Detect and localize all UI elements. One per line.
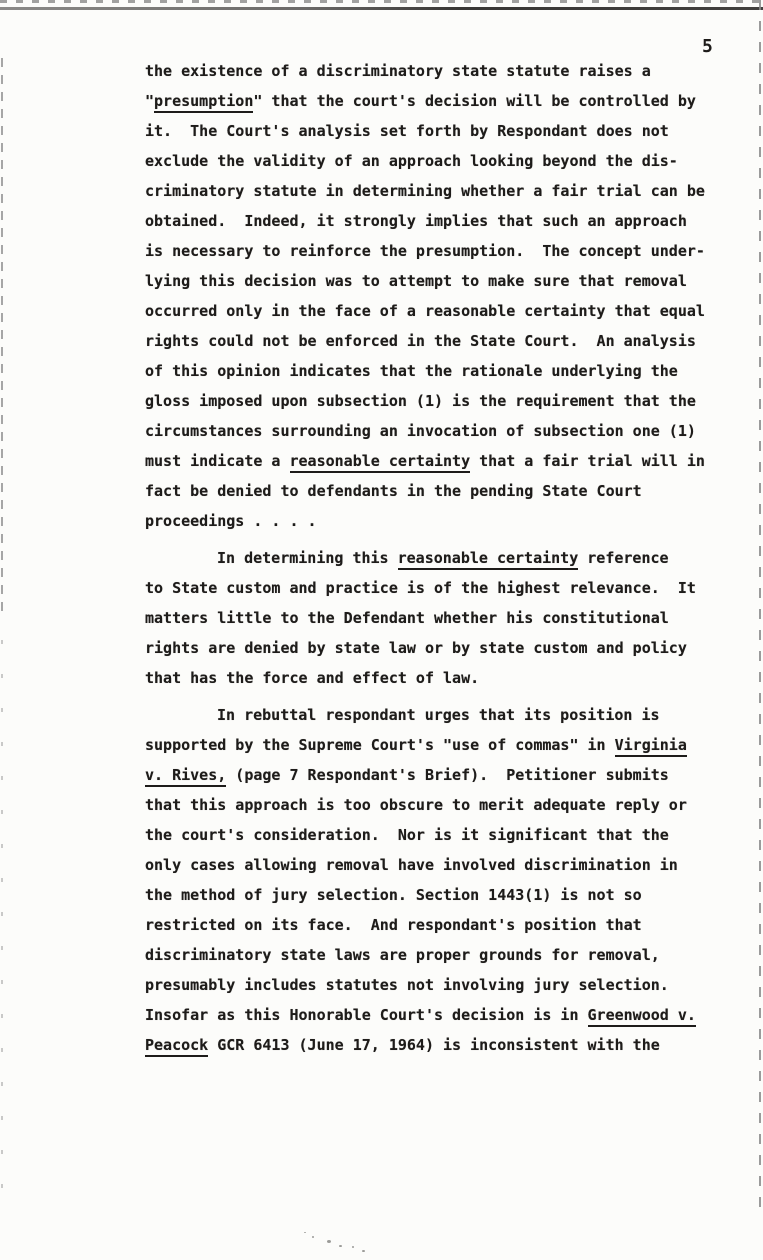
text-segment: In rebuttal respondant urges that its po… (217, 706, 660, 724)
text-segment: the existence of a discriminatory state … (145, 62, 651, 80)
text-line: of this opinion indicates that the ratio… (145, 356, 730, 386)
text-line: supported by the Supreme Court's "use of… (145, 730, 730, 760)
scan-edge-right (759, 0, 761, 1210)
text-segment: obtained. Indeed, it strongly implies th… (145, 212, 687, 230)
text-line: rights are denied by state law or by sta… (145, 633, 730, 663)
text-line: that this approach is too obscure to mer… (145, 790, 730, 820)
text-line: criminatory statute in determining wheth… (145, 176, 730, 206)
underlined-text: Virginia (615, 736, 687, 757)
text-line: In rebuttal respondant urges that its po… (145, 700, 730, 730)
text-segment: supported by the Supreme Court's "use of… (145, 736, 615, 754)
text-segment: GCR 6413 (June 17, 1964) is inconsistent… (208, 1036, 660, 1054)
text-segment: lying this decision was to attempt to ma… (145, 272, 687, 290)
text-segment: the court's consideration. Nor is it sig… (145, 826, 669, 844)
text-segment: In determining this (217, 549, 398, 567)
text-segment: the method of jury selection. Section 14… (145, 886, 642, 904)
text-line: Insofar as this Honorable Court's decisi… (145, 1000, 730, 1030)
text-line: presumably includes statutes not involvi… (145, 970, 730, 1000)
scan-speck (312, 1236, 314, 1238)
underlined-text: Greenwood v. (588, 1006, 696, 1027)
scan-edge-left (1, 58, 3, 618)
text-line: obtained. Indeed, it strongly implies th… (145, 206, 730, 236)
text-line: the method of jury selection. Section 14… (145, 880, 730, 910)
text-segment: rights are denied by state law or by sta… (145, 639, 687, 657)
scan-edge-top-dashes (0, 0, 763, 3)
scan-speck (352, 1246, 354, 1248)
text-segment: rights could not be enforced in the Stat… (145, 332, 696, 350)
underlined-text: v. Rives, (145, 766, 226, 787)
text-segment: that has the force and effect of law. (145, 669, 479, 687)
text-segment: to State custom and practice is of the h… (145, 579, 696, 597)
text-segment: presumably includes statutes not involvi… (145, 976, 669, 994)
text-segment: must indicate a (145, 452, 290, 470)
document-lines: the existence of a discriminatory state … (145, 56, 730, 1060)
text-line: is necessary to reinforce the presumptio… (145, 236, 730, 266)
text-segment: criminatory statute in determining wheth… (145, 182, 705, 200)
text-segment: gloss imposed upon subsection (1) is the… (145, 392, 696, 410)
underlined-text: presumption (154, 92, 253, 113)
scan-speck (327, 1240, 331, 1243)
page-number: 5 (702, 36, 713, 57)
text-line: v. Rives, (page 7 Respondant's Brief). P… (145, 760, 730, 790)
text-line: only cases allowing removal have involve… (145, 850, 730, 880)
text-segment: exclude the validity of an approach look… (145, 152, 678, 170)
text-line: must indicate a reasonable certainty tha… (145, 446, 730, 476)
text-line: rights could not be enforced in the Stat… (145, 326, 730, 356)
text-line: to State custom and practice is of the h… (145, 573, 730, 603)
text-segment: only cases allowing removal have involve… (145, 856, 678, 874)
text-line: the court's consideration. Nor is it sig… (145, 820, 730, 850)
text-line: "presumption" that the court's decision … (145, 86, 730, 116)
scan-speck (304, 1232, 306, 1233)
text-segment: matters little to the Defendant whether … (145, 609, 669, 627)
text-segment: that this approach is too obscure to mer… (145, 796, 687, 814)
text-segment: (page 7 Respondant's Brief). Petitioner … (226, 766, 669, 784)
text-line: lying this decision was to attempt to ma… (145, 266, 730, 296)
text-line: exclude the validity of an approach look… (145, 146, 730, 176)
text-segment: of this opinion indicates that the ratio… (145, 362, 678, 380)
scan-edge-top-line (0, 7, 763, 10)
text-segment: fact be denied to defendants in the pend… (145, 482, 642, 500)
text-segment: Insofar as this Honorable Court's decisi… (145, 1006, 588, 1024)
text-line: Peacock GCR 6413 (June 17, 1964) is inco… (145, 1030, 730, 1060)
text-segment: circumstances surrounding an invocation … (145, 422, 696, 440)
text-segment: proceedings . . . . (145, 512, 317, 530)
text-segment: that a fair trial will in (470, 452, 705, 470)
text-line: gloss imposed upon subsection (1) is the… (145, 386, 730, 416)
text-segment: " that the court's decision will be cont… (253, 92, 696, 110)
text-segment: it. The Court's analysis set forth by Re… (145, 122, 669, 140)
text-line: In determining this reasonable certainty… (145, 543, 730, 573)
text-line: proceedings . . . . (145, 506, 730, 536)
text-segment: " (145, 92, 154, 110)
underlined-text: Peacock (145, 1036, 208, 1057)
text-line: discriminatory state laws are proper gro… (145, 940, 730, 970)
scan-edge-left-lower (1, 640, 3, 1200)
text-line: circumstances surrounding an invocation … (145, 416, 730, 446)
scanned-page: 5 the existence of a discriminatory stat… (0, 0, 763, 1260)
text-line: it. The Court's analysis set forth by Re… (145, 116, 730, 146)
scan-speck (339, 1245, 342, 1247)
underlined-text: reasonable certainty (398, 549, 579, 570)
text-line: occurred only in the face of a reasonabl… (145, 296, 730, 326)
text-line: the existence of a discriminatory state … (145, 56, 730, 86)
text-line: fact be denied to defendants in the pend… (145, 476, 730, 506)
text-segment: reference (578, 549, 668, 567)
text-line: restricted on its face. And respondant's… (145, 910, 730, 940)
text-segment: occurred only in the face of a reasonabl… (145, 302, 705, 320)
text-line: matters little to the Defendant whether … (145, 603, 730, 633)
text-segment: restricted on its face. And respondant's… (145, 916, 642, 934)
text-segment: discriminatory state laws are proper gro… (145, 946, 660, 964)
underlined-text: reasonable certainty (290, 452, 471, 473)
scan-speck (362, 1250, 365, 1252)
text-line: that has the force and effect of law. (145, 663, 730, 693)
text-segment: is necessary to reinforce the presumptio… (145, 242, 705, 260)
